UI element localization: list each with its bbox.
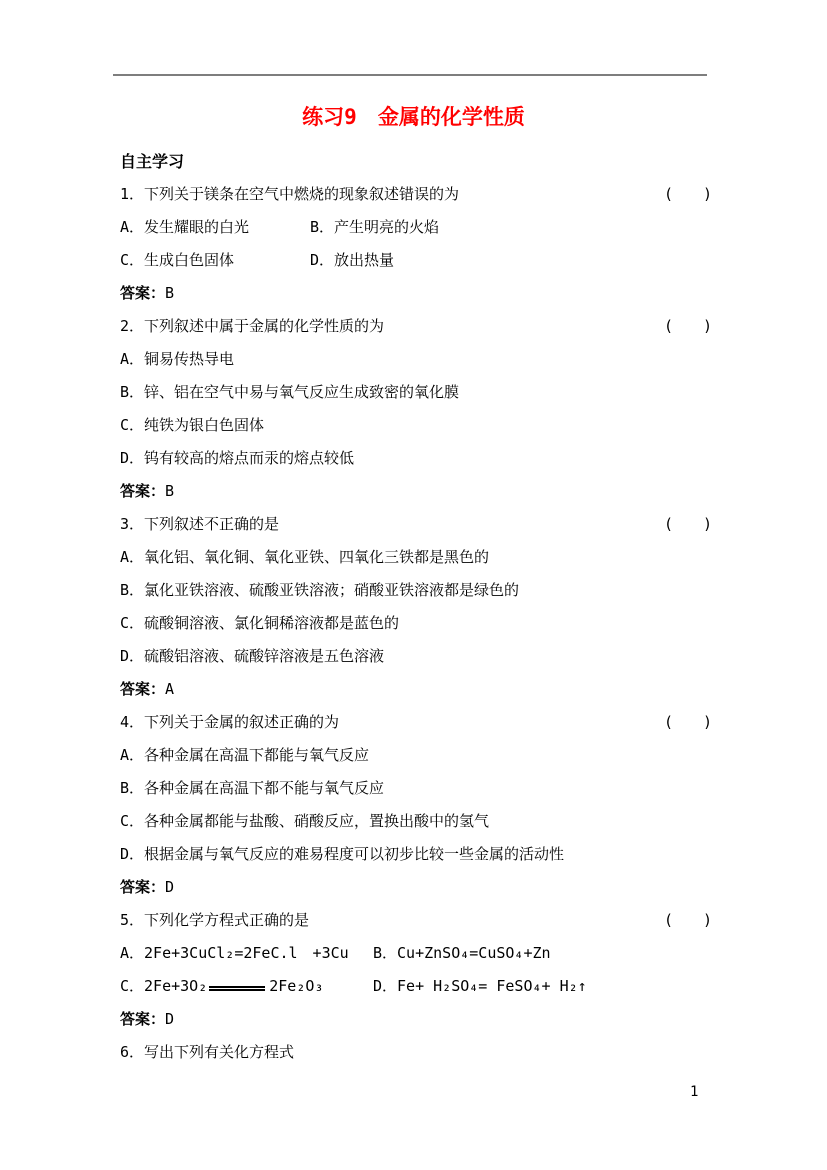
question-1-answer: 答案：B: [120, 276, 712, 309]
answer-label: 答案：: [120, 282, 165, 303]
question-1-option-a: A．发生耀眼的白光: [120, 216, 310, 237]
question-4: 4．下列关于金属的叙述正确的为 ( ): [120, 705, 712, 738]
question-5: 5．下列化学方程式正确的是 ( ): [120, 903, 712, 936]
question-4-answer-bracket: ( ): [664, 711, 712, 732]
answer-label: 答案：: [120, 678, 165, 699]
question-1: 1．下列关于镁条在空气中燃烧的现象叙述错误的为 ( ): [120, 177, 712, 210]
question-1-option-c: C．生成白色固体: [120, 249, 310, 270]
header-divider: [113, 74, 707, 76]
question-3-option-a: A．氧化铝、氧化铜、氧化亚铁、四氧化三铁都是黑色的: [120, 540, 712, 573]
page-number: 1: [690, 1084, 698, 1100]
section-heading: 自主学习: [120, 144, 712, 177]
question-5-equations-row-2: C．2Fe+3O₂2Fe₂O₃ D．Fe+ H₂SO₄= FeSO₄+ H₂↑: [120, 969, 712, 1002]
equation-c-right: 2Fe₂O₃: [269, 977, 323, 995]
question-4-answer: 答案：D: [120, 870, 712, 903]
question-4-stem: 4．下列关于金属的叙述正确的为: [120, 711, 339, 732]
question-1-option-d: D．放出热量: [310, 249, 394, 270]
question-5-answer-value: D: [165, 1010, 174, 1028]
page-title: 练习9 金属的化学性质: [0, 101, 827, 131]
question-5-equation-d: D．Fe+ H₂SO₄= FeSO₄+ H₂↑: [373, 975, 587, 996]
question-2-answer-bracket: ( ): [664, 315, 712, 336]
question-6: 6．写出下列有关化方程式: [120, 1035, 712, 1068]
question-3-option-c: C．硫酸铜溶液、氯化铜稀溶液都是蓝色的: [120, 606, 712, 639]
question-1-answer-bracket: ( ): [664, 183, 712, 204]
question-2: 2．下列叙述中属于金属的化学性质的为 ( ): [120, 309, 712, 342]
question-2-answer: 答案：B: [120, 474, 712, 507]
answer-label: 答案：: [120, 1008, 165, 1029]
question-4-answer-value: D: [165, 878, 174, 896]
question-5-equation-a: A．2Fe+3CuCl₂=2FeC.l +3Cu: [120, 942, 373, 963]
question-2-option-d: D．钨有较高的熔点而汞的熔点较低: [120, 441, 712, 474]
question-3-stem: 3．下列叙述不正确的是: [120, 513, 279, 534]
question-3-answer-value: A: [165, 680, 174, 698]
question-5-equations-row-1: A．2Fe+3CuCl₂=2FeC.l +3Cu B．Cu+ZnSO₄=CuSO…: [120, 936, 712, 969]
ignition-equals-line: [209, 986, 265, 991]
question-1-stem: 1．下列关于镁条在空气中燃烧的现象叙述错误的为: [120, 183, 459, 204]
question-1-option-b: B．产生明亮的火焰: [310, 216, 439, 237]
question-5-equation-c: C．2Fe+3O₂2Fe₂O₃: [120, 975, 373, 996]
question-4-option-a: A．各种金属在高温下都能与氧气反应: [120, 738, 712, 771]
question-3-answer-bracket: ( ): [664, 513, 712, 534]
question-5-answer-bracket: ( ): [664, 909, 712, 930]
question-4-option-b: B．各种金属在高温下都不能与氧气反应: [120, 771, 712, 804]
question-1-answer-value: B: [165, 284, 174, 302]
question-5-answer: 答案：D: [120, 1002, 712, 1035]
question-2-option-c: C．纯铁为银白色固体: [120, 408, 712, 441]
equation-c-left: C．2Fe+3O₂: [120, 977, 207, 995]
question-1-options-row-2: C．生成白色固体 D．放出热量: [120, 243, 712, 276]
question-2-option-a: A．铜易传热导电: [120, 342, 712, 375]
question-5-stem: 5．下列化学方程式正确的是: [120, 909, 309, 930]
question-3-option-d: D．硫酸铝溶液、硫酸锌溶液是五色溶液: [120, 639, 712, 672]
question-2-stem: 2．下列叙述中属于金属的化学性质的为: [120, 315, 384, 336]
question-2-answer-value: B: [165, 482, 174, 500]
question-3-option-b: B．氯化亚铁溶液、硫酸亚铁溶液；硝酸亚铁溶液都是绿色的: [120, 573, 712, 606]
answer-label: 答案：: [120, 876, 165, 897]
worksheet-body: 自主学习 1．下列关于镁条在空气中燃烧的现象叙述错误的为 ( ) A．发生耀眼的…: [120, 144, 712, 1068]
answer-label: 答案：: [120, 480, 165, 501]
question-1-options-row-1: A．发生耀眼的白光 B．产生明亮的火焰: [120, 210, 712, 243]
question-4-option-d: D．根据金属与氧气反应的难易程度可以初步比较一些金属的活动性: [120, 837, 712, 870]
question-5-equation-b: B．Cu+ZnSO₄=CuSO₄+Zn: [373, 942, 551, 963]
question-3-answer: 答案：A: [120, 672, 712, 705]
worksheet-page: 练习9 金属的化学性质 自主学习 1．下列关于镁条在空气中燃烧的现象叙述错误的为…: [0, 0, 827, 1170]
question-4-option-c: C．各种金属都能与盐酸、硝酸反应，置换出酸中的氢气: [120, 804, 712, 837]
question-3: 3．下列叙述不正确的是 ( ): [120, 507, 712, 540]
question-2-option-b: B．锌、铝在空气中易与氧气反应生成致密的氧化膜: [120, 375, 712, 408]
